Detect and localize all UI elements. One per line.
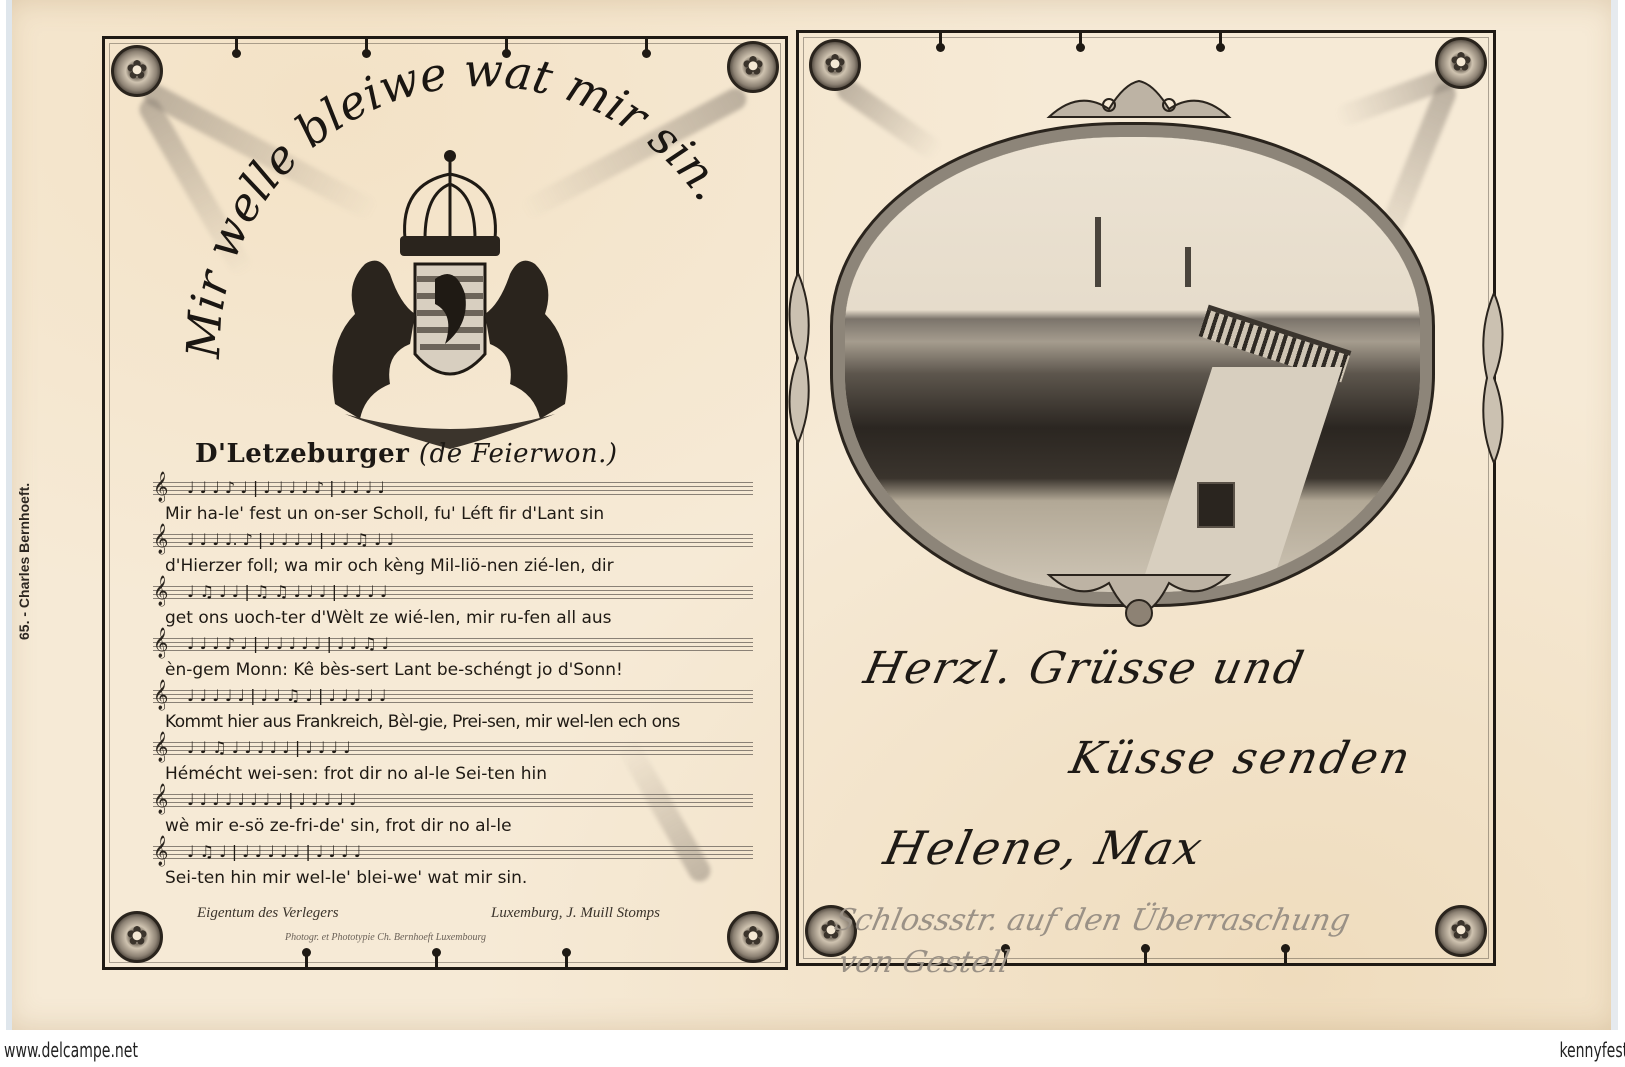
music-staff: 𝄞♩ ♩ ♩ ♩ ♩ | ♩ ♩ ♫ ♩ | ♩ ♩ ♩ ♩ ♩ (153, 688, 753, 710)
rosette-icon: ✿ (111, 911, 163, 963)
scan-edge-right (1611, 0, 1618, 1030)
rosette-icon: ✿ (727, 911, 779, 963)
treble-clef-icon: 𝄞 (153, 472, 168, 503)
faint-handwritten-line: von Gestell (835, 945, 1012, 980)
lyric-line: Hémécht wei-sen: frot dir no al-le Sei-t… (153, 762, 753, 786)
watermark-left: www.delcampe.net (4, 1038, 138, 1062)
staff-notes: ♩ ♫ ♩ ♩ | ♫ ♫ ♩ ♩ ♩ | ♩ ♩ ♩ ♩ (187, 582, 749, 601)
staff-notes: ♩ ♩ ♩ ♪ ♩ | ♩ ♩ ♩ ♩ ♪ | ♩ ♩ ♩ ♩ (187, 478, 749, 497)
music-staff: 𝄞♩ ♩ ♩ ♩ ♩ ♩ ♩ ♩ | ♩ ♩ ♩ ♩ ♩ (153, 792, 753, 814)
song-title: D'Letzeburger (de Feierwon.) (195, 439, 618, 469)
song-subtitle: (de Feierwon.) (419, 439, 618, 469)
staff-notes: ♩ ♩ ♩ ♩. ♪ | ♩ ♩ ♩ ♩ | ♩ ♩ ♫ ♩ ♩ (187, 530, 749, 549)
border-ornament (435, 952, 438, 970)
publisher-credit-vertical: 65. - Charles Bernhoeft. (16, 483, 32, 640)
scan-edge-left (6, 0, 12, 1030)
staff-notes: ♩ ♩ ♩ ♩ ♩ ♩ ♩ ♩ | ♩ ♩ ♩ ♩ ♩ (187, 790, 749, 809)
scroll-ornament-bottom (1039, 573, 1239, 627)
song-panel: ✿ ✿ ✿ ✿ Mir welle bleiwe wat mir sin. (102, 36, 788, 970)
treble-clef-icon: 𝄞 (153, 784, 168, 815)
lyric-line: èn-gem Monn: Kê bès-sert Lant be-schéngt… (153, 658, 753, 682)
church-spire (1095, 217, 1101, 287)
border-ornament (1079, 30, 1082, 48)
lyric-line: Sei-ten hin mir wel-le' blei-we' wat mir… (153, 866, 753, 890)
oval-photo-frame (833, 125, 1432, 604)
lyric-line: d'Hierzer foll; wa mir och kèng Mil-liö-… (153, 554, 753, 578)
staff-notes: ♩ ♩ ♩ ♩ ♩ | ♩ ♩ ♫ ♩ | ♩ ♩ ♩ ♩ ♩ (187, 686, 749, 705)
lyric-line: wè mir e-sö ze-fri-de' sin, frot dir no … (153, 814, 753, 838)
border-ornament (939, 30, 942, 48)
lyric-line: Kommt hier aus Frankreich, Bèl-gie, Prei… (153, 710, 753, 734)
music-staff: 𝄞♩ ♫ ♩ | ♩ ♩ ♩ ♩ ♩ | ♩ ♩ ♩ ♩ (153, 844, 753, 866)
music-staff: 𝄞♩ ♩ ♩ ♪ ♩ | ♩ ♩ ♩ ♩ ♪ | ♩ ♩ ♩ ♩ (153, 480, 753, 502)
scroll-ornament-right (1477, 293, 1511, 463)
staff-notes: ♩ ♩ ♩ ♪ ♩ | ♩ ♩ ♩ ♩ ♩ | ♩ ♩ ♫ ♩ (187, 634, 749, 653)
handwritten-signature: Helene, Max (879, 821, 1208, 875)
treble-clef-icon: 𝄞 (153, 836, 168, 867)
treble-clef-icon: 𝄞 (153, 576, 168, 607)
treble-clef-icon: 𝄞 (153, 732, 168, 763)
border-ornament (565, 952, 568, 970)
scroll-ornament-left (781, 273, 815, 443)
song-title-main: D'Letzeburger (195, 439, 409, 469)
faint-handwritten-line: Schlossstr. auf den Überraschung (831, 903, 1353, 938)
rosette-icon: ✿ (1435, 37, 1487, 89)
photo-credit: Photogr. et Phototypie Ch. Bernhoeft Lux… (285, 932, 486, 943)
coat-of-arms (305, 144, 595, 449)
lyric-line: Mir ha-le' fest un on-ser Scholl, fu' Lé… (153, 502, 753, 526)
treble-clef-icon: 𝄞 (153, 524, 168, 555)
rosette-icon: ✿ (809, 39, 861, 91)
city-viaduct-photo (845, 137, 1420, 592)
treble-clef-icon: 𝄞 (153, 680, 168, 711)
handwritten-line: Küsse senden (1066, 733, 1418, 784)
music-staff: 𝄞♩ ♩ ♩ ♪ ♩ | ♩ ♩ ♩ ♩ ♩ | ♩ ♩ ♫ ♩ (153, 636, 753, 658)
border-ornament (1284, 948, 1287, 966)
lyric-line: get ons uoch-ter d'Wèlt ze wié-len, mir … (153, 606, 753, 630)
border-ornament (1144, 948, 1147, 966)
treble-clef-icon: 𝄞 (153, 628, 168, 659)
music-staff: 𝄞♩ ♩ ♩ ♩. ♪ | ♩ ♩ ♩ ♩ | ♩ ♩ ♫ ♩ ♩ (153, 532, 753, 554)
border-ornament (305, 952, 308, 970)
border-ornament (1219, 30, 1222, 48)
music-staff: 𝄞♩ ♩ ♫ ♩ ♩ ♩ ♩ ♩ | ♩ ♩ ♩ ♩ (153, 740, 753, 762)
watermark-right: kennyfester (1560, 1038, 1625, 1062)
handwritten-line: Herzl. Grüsse und (860, 643, 1310, 694)
rosette-icon: ✿ (1435, 905, 1487, 957)
publisher-right: Luxemburg, J. Muill Stomps (491, 905, 660, 922)
church-spire (1185, 247, 1191, 287)
music-staff: 𝄞♩ ♫ ♩ ♩ | ♫ ♫ ♩ ♩ ♩ | ♩ ♩ ♩ ♩ (153, 584, 753, 606)
photo-panel: ✿ ✿ ✿ ✿ (796, 30, 1496, 966)
staff-notes: ♩ ♩ ♫ ♩ ♩ ♩ ♩ ♩ | ♩ ♩ ♩ ♩ (187, 738, 749, 757)
publisher-left: Eigentum des Verlegers (197, 905, 339, 922)
staff-notes: ♩ ♫ ♩ | ♩ ♩ ♩ ♩ ♩ | ♩ ♩ ♩ ♩ (187, 842, 749, 861)
scroll-ornament-top (1039, 79, 1239, 119)
postcard: 65. - Charles Bernhoeft. ✿ ✿ ✿ ✿ Mir wel… (6, 0, 1618, 1030)
tram (1197, 482, 1235, 528)
bridge-road (1138, 367, 1343, 597)
sheet-music: 𝄞♩ ♩ ♩ ♪ ♩ | ♩ ♩ ♩ ♩ ♪ | ♩ ♩ ♩ ♩ Mir ha-… (153, 474, 753, 890)
